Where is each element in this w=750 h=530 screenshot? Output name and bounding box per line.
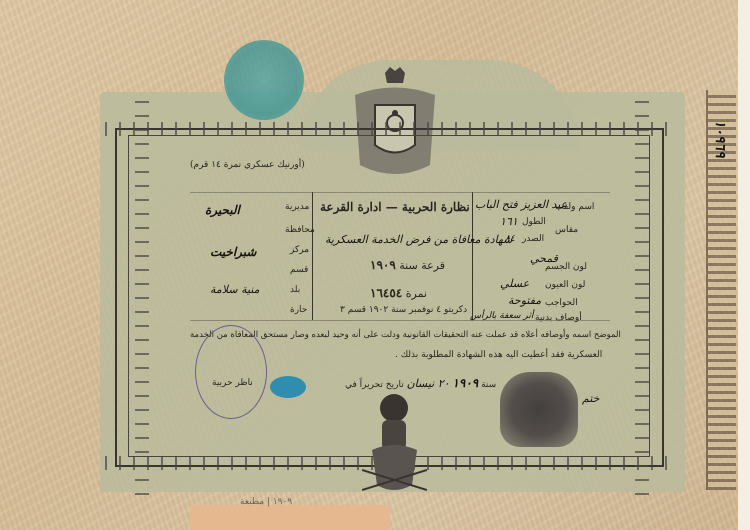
column-divider	[472, 192, 473, 320]
header-separator: —	[386, 200, 398, 214]
year-value: ١٩٠٩	[452, 376, 478, 390]
blue-seal	[270, 376, 306, 398]
left-laurel-border	[135, 95, 149, 495]
ministry-name: نظارة الحربية	[402, 200, 470, 214]
number-label: نمرة	[406, 287, 427, 300]
top-laurel-border	[105, 122, 670, 136]
field-label-section: قسم	[290, 265, 308, 275]
draft-year-label: قرعة سنة	[399, 259, 445, 272]
eyes-value: عسلي	[500, 277, 529, 290]
height-label: الطول	[522, 217, 546, 227]
eyes-label: لون العيون	[545, 280, 585, 290]
eyebrows-value: مفتوحة	[508, 294, 541, 307]
draft-year-value: ١٩٠٩	[370, 258, 396, 272]
date-label: تاريخ	[386, 380, 404, 390]
date-prefix: تحريراً في	[345, 380, 383, 390]
printer-mark: ١٩٠٩ | مطبعة	[240, 497, 292, 507]
field-label-governorate: محافظة	[285, 225, 315, 235]
right-laurel-border	[635, 95, 649, 495]
chest-value: ٨٤	[505, 234, 515, 244]
date-value: ٢٠ نيسان	[407, 377, 450, 390]
eyebrows-label: الحواجب	[545, 298, 578, 308]
purple-signature-oval	[195, 325, 267, 419]
scan-edge	[738, 0, 750, 530]
ministry-header: نظارة الحربية — ادارة القرعة	[320, 200, 470, 214]
field-value-district: شبراخيت	[210, 245, 256, 259]
field-label-directorate: مديرية	[285, 202, 309, 212]
field-value-directorate: البحيرة	[205, 203, 240, 217]
table-top-rule	[190, 192, 610, 193]
draft-year-line: قرعة سنة ١٩٠٩	[370, 258, 445, 272]
number-value: ١٦٤٥٤	[370, 286, 402, 300]
field-label-village: بلد	[290, 285, 300, 295]
department-name: ادارة القرعة	[320, 200, 382, 214]
form-reference: (أورنيك عسكري نمرة ١٤ قرم)	[190, 160, 305, 170]
signature: ختم	[582, 392, 599, 405]
body-text-line-2: العسكرية فقد أعطيت اليه هذه الشهادة المط…	[395, 350, 602, 360]
year-label: سنة	[481, 380, 496, 390]
name-value: عبد العزيز فتح الباب	[475, 198, 567, 211]
skin-label: لون الجسم	[545, 262, 587, 272]
certificate-number-line: نمرة ١٦٤٥٤	[370, 286, 427, 300]
marks-label: أوصاف بدنية	[535, 313, 582, 323]
margin-number: ١٠٩٦٩	[712, 120, 728, 158]
field-label-quarter: حارة	[290, 305, 307, 315]
field-label-district: مركز	[290, 245, 309, 255]
knight-helmet-icon	[362, 390, 427, 500]
date-line: سنة ١٩٠٩ ٢٠ نيسان تاريخ تحريراً في	[345, 376, 496, 390]
law-reference: دكريتو ٤ نوفمبر سنة ١٩٠٢ قسم ٣	[340, 305, 467, 315]
paper-stain	[190, 505, 390, 530]
field-value-village: منية سلامة	[210, 283, 260, 296]
blue-ink-stamp	[224, 40, 304, 120]
thumbprint	[500, 372, 578, 447]
column-divider	[312, 192, 313, 320]
chest-label: الصدر	[522, 234, 544, 244]
inspector-label: ناظر حربية	[212, 378, 253, 388]
certificate-title: شهادة معافاة من فرض الخدمة العسكرية	[325, 233, 512, 246]
height-value: ١٦١	[500, 215, 518, 228]
marks-value: أثر سعفة بالرأس	[470, 311, 533, 321]
measurements-label: مقاس	[555, 225, 578, 235]
